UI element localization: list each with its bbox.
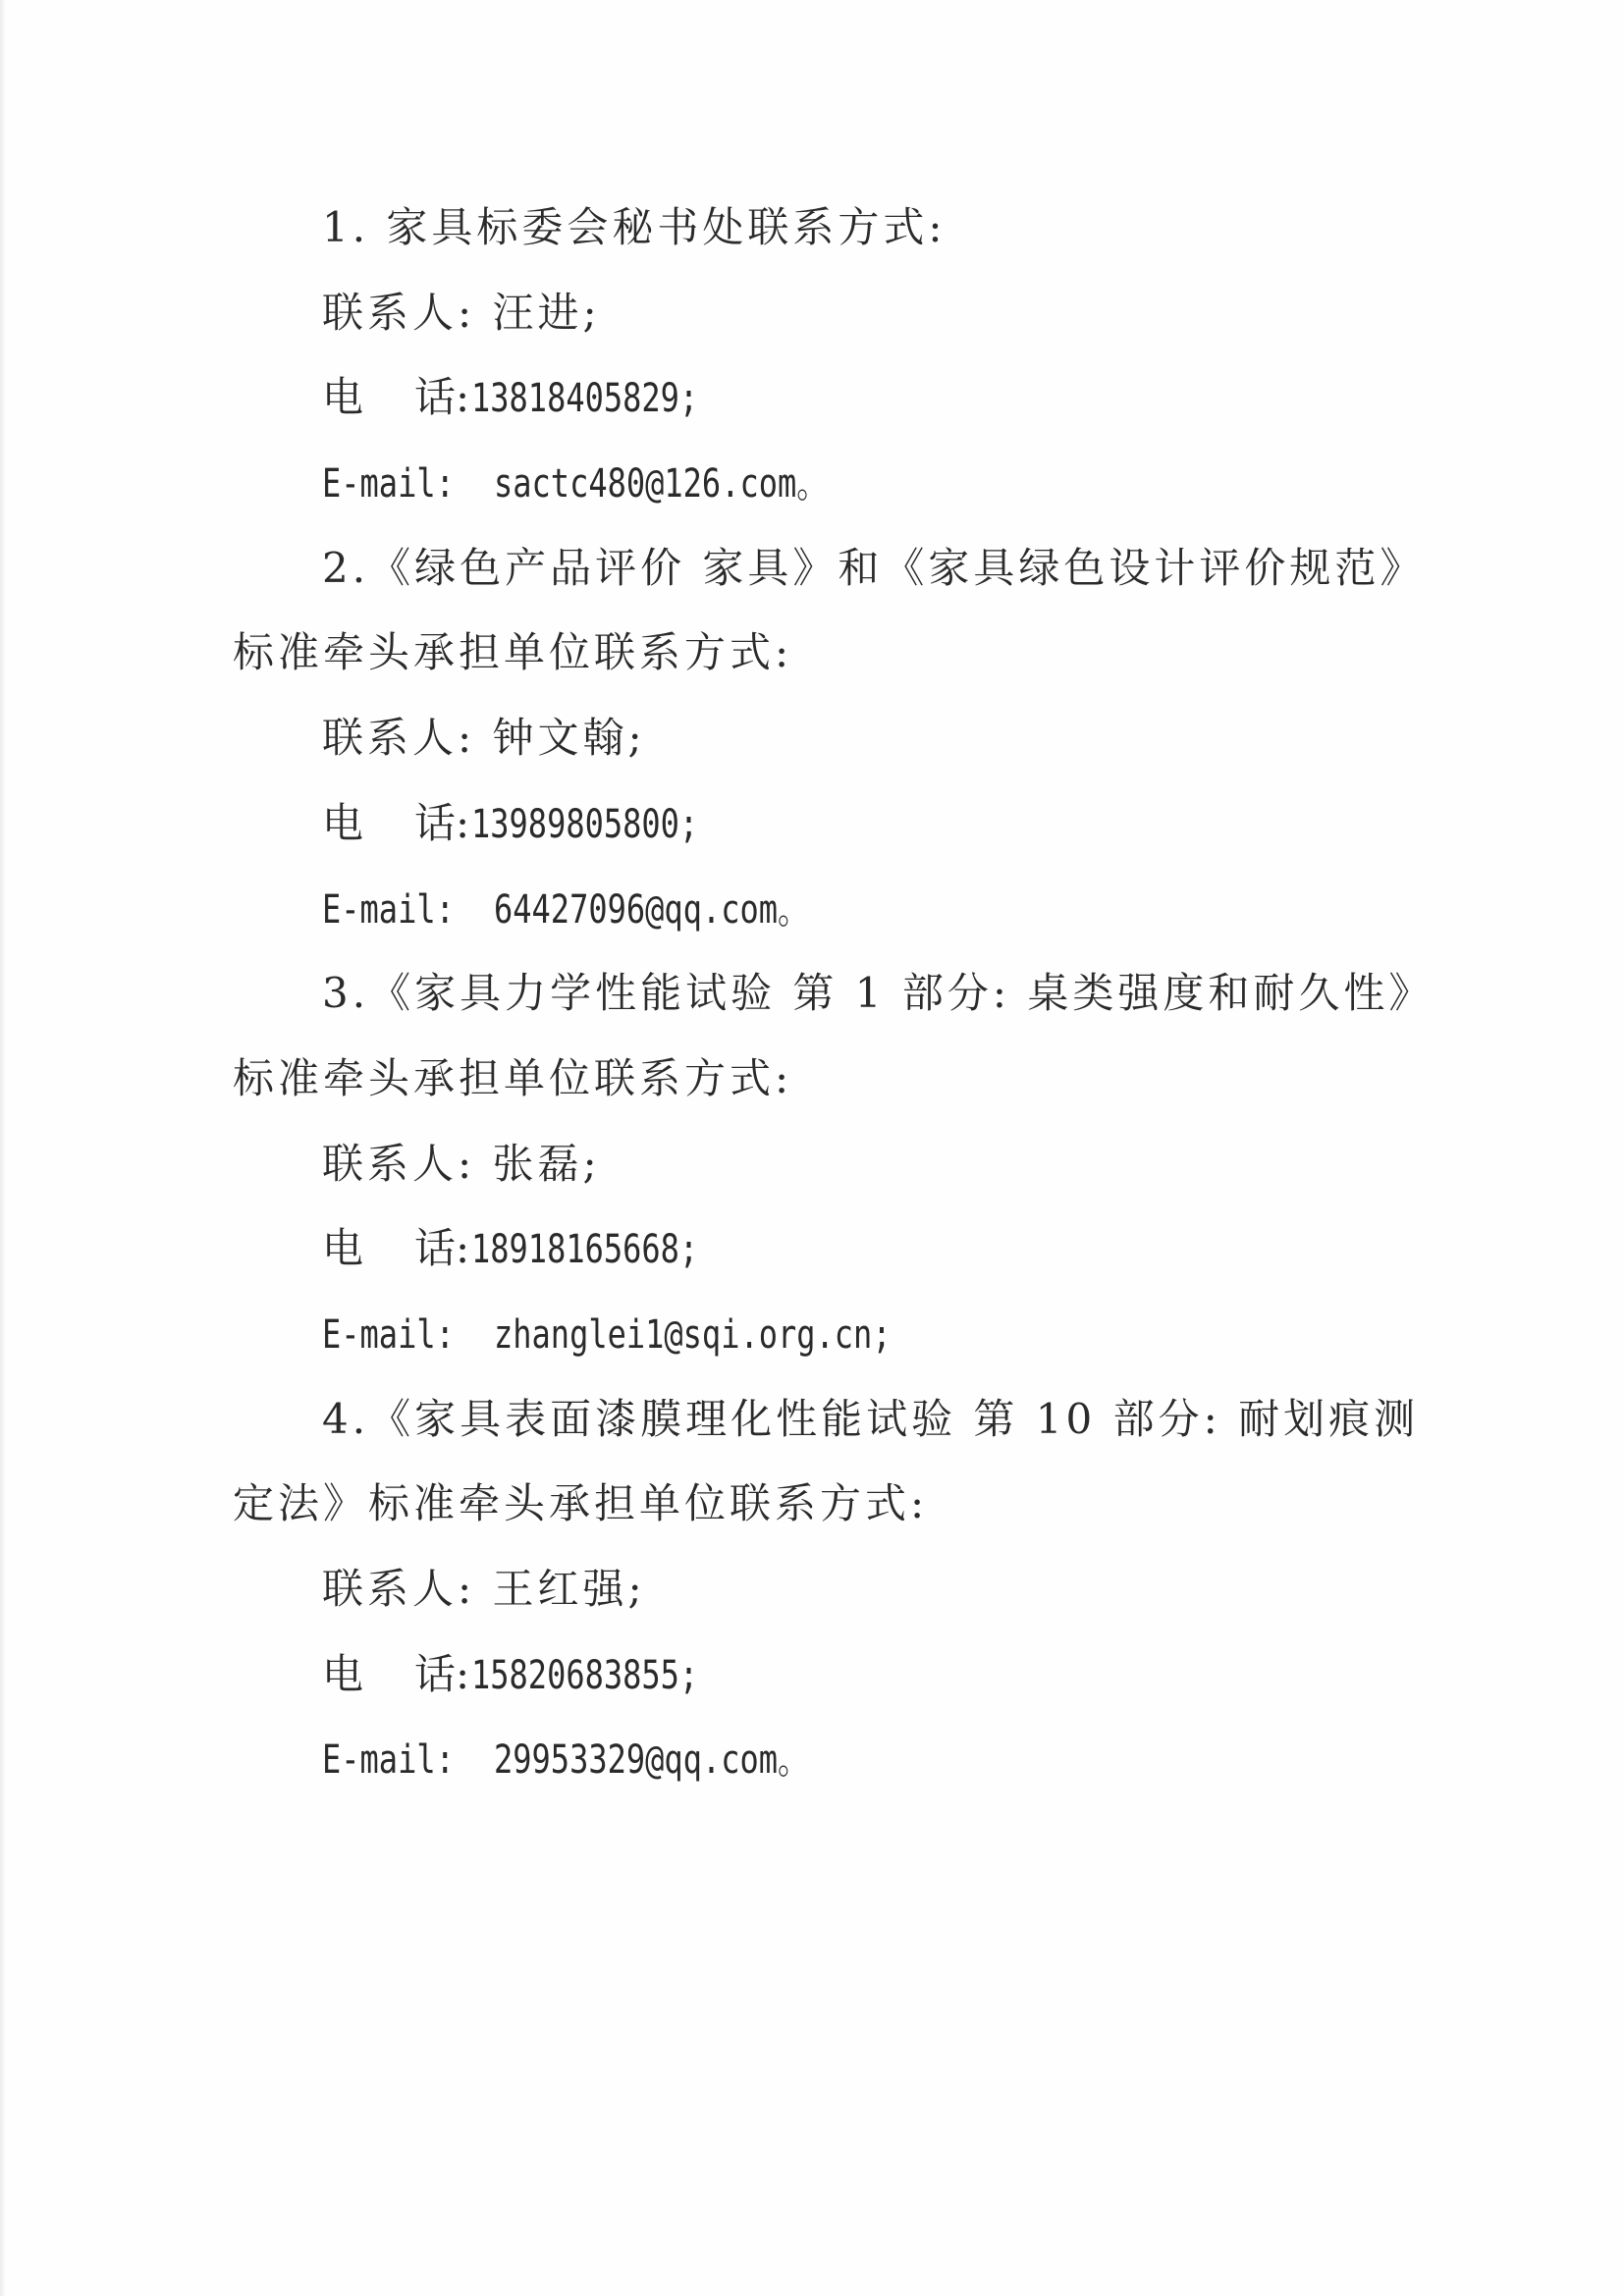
- phone-label: 电话:: [322, 1221, 471, 1276]
- contact-person-row: 联系人: 钟文翰;: [233, 711, 1362, 796]
- section-heading: 1. 家具标委会秘书处联系方式:: [233, 200, 1362, 286]
- section-heading: 4.《家具表面漆膜理化性能试验 第 10 部分: 耐划痕测: [233, 1392, 1362, 1477]
- email-row: E-mail:sactc480@126.com。: [233, 455, 1362, 541]
- phone-number: 13818405829;: [471, 371, 698, 426]
- email-row: E-mail:29953329@qq.com。: [233, 1732, 1362, 1817]
- contact-section-1: 1. 家具标委会秘书处联系方式: 联系人: 汪进; 电话:13818405829…: [233, 200, 1362, 541]
- contact-person-row: 联系人: 汪进;: [233, 286, 1362, 371]
- phone-number: 18918165668;: [471, 1222, 698, 1277]
- email-label: E-mail:: [322, 1308, 460, 1362]
- contact-person-name: 汪进;: [493, 289, 601, 337]
- section-heading-continued: 标准牵头承担单位联系方式:: [233, 625, 1362, 711]
- section-heading-continued: 标准牵头承担单位联系方式:: [233, 1051, 1362, 1137]
- email-label: E-mail:: [322, 882, 460, 937]
- section-heading: 3.《家具力学性能试验 第 1 部分: 桌类强度和耐久性》: [233, 966, 1362, 1051]
- email-row: E-mail:64427096@qq.com。: [233, 881, 1362, 967]
- contact-person-name: 张磊;: [493, 1140, 601, 1188]
- contact-person-name: 钟文翰;: [493, 714, 646, 762]
- section-heading-continued: 定法》标准牵头承担单位联系方式:: [233, 1476, 1362, 1562]
- phone-row: 电话:18918165668;: [233, 1221, 1362, 1307]
- email-label: E-mail:: [322, 1733, 460, 1788]
- phone-label: 电话:: [322, 1647, 471, 1702]
- phone-number: 13989805800;: [471, 797, 698, 852]
- phone-number: 15820683855;: [471, 1648, 698, 1703]
- contact-person-row: 联系人: 王红强;: [233, 1562, 1362, 1647]
- phone-row: 电话:13989805800;: [233, 796, 1362, 881]
- phone-label: 电话:: [322, 796, 471, 851]
- email-row: E-mail:zhanglei1@sqi.org.cn;: [233, 1307, 1362, 1392]
- phone-row: 电话:13818405829;: [233, 370, 1362, 455]
- phone-label: 电话:: [322, 370, 471, 425]
- contact-person-row: 联系人: 张磊;: [233, 1137, 1362, 1222]
- contact-person-name: 王红强;: [493, 1565, 646, 1613]
- contact-section-2: 2.《绿色产品评价 家具》和《家具绿色设计评价规范》 标准牵头承担单位联系方式:…: [233, 541, 1362, 966]
- email-address: zhanglei1@sqi.org.cn;: [494, 1308, 892, 1362]
- scan-edge-shadow: [0, 0, 6, 2296]
- email-address: 29953329@qq.com。: [494, 1733, 809, 1788]
- contact-person-label: 联系人:: [322, 1140, 475, 1188]
- scanned-page: 1. 家具标委会秘书处联系方式: 联系人: 汪进; 电话:13818405829…: [0, 0, 1623, 2296]
- contact-section-4: 4.《家具表面漆膜理化性能试验 第 10 部分: 耐划痕测 定法》标准牵头承担单…: [233, 1392, 1362, 1817]
- email-address: sactc480@126.com。: [494, 456, 828, 511]
- contact-section-3: 3.《家具力学性能试验 第 1 部分: 桌类强度和耐久性》 标准牵头承担单位联系…: [233, 966, 1362, 1391]
- contact-person-label: 联系人:: [322, 289, 475, 337]
- email-address: 64427096@qq.com。: [494, 882, 809, 937]
- contact-person-label: 联系人:: [322, 1565, 475, 1613]
- contact-list: 1. 家具标委会秘书处联系方式: 联系人: 汪进; 电话:13818405829…: [233, 200, 1362, 1817]
- email-label: E-mail:: [322, 456, 460, 511]
- phone-row: 电话:15820683855;: [233, 1647, 1362, 1733]
- contact-person-label: 联系人:: [322, 714, 475, 762]
- section-heading: 2.《绿色产品评价 家具》和《家具绿色设计评价规范》: [233, 541, 1362, 626]
